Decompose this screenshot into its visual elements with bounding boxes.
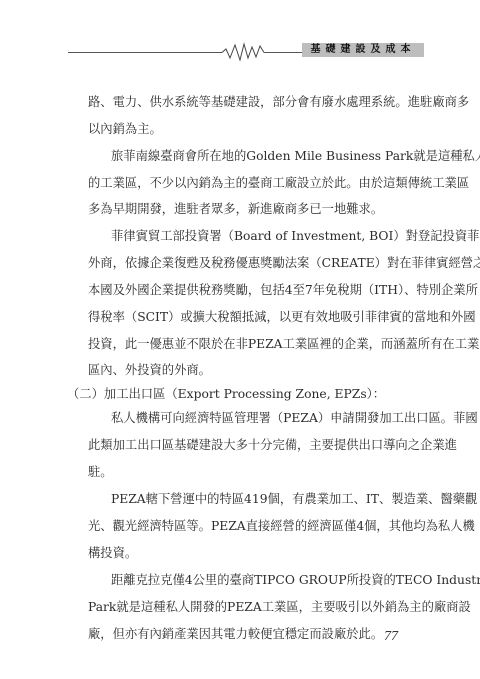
document-page: 基礎建設及成本 路、電力、供水系統等基礎建設，部分會有廢水處理系統。進駐廠商多 …: [0, 0, 480, 679]
text-line: Park就是這種私人開發的PEZA工業區，主要吸引以外銷為主的廠商設: [88, 599, 471, 615]
text-line: PEZA轄下營運中的特區419個，有農業加工、IT、製造業、醫藥觀: [111, 491, 477, 507]
text-line: 得稅率（SCIT）或擴大稅額抵減，以更有效地吸引菲律賓的當地和外國: [88, 309, 476, 325]
text-line: 以內銷為主。: [88, 121, 162, 137]
zigzag-rule-icon: [0, 0, 480, 70]
text-line: 此類加工出口區基礎建設大多十分完備，主要提供出口導向之企業進: [88, 437, 457, 453]
running-title: 基礎建設及成本: [302, 43, 424, 57]
text-line: 廠，但亦有內銷產業因其電力較便宜穩定而設廠於此。: [88, 626, 383, 642]
text-line: 光、觀光經濟特區等。PEZA直接經營的經濟區僅4個，其他均為私人機: [88, 518, 475, 534]
text-line: 的工業區，不少以內銷為主的臺商工廠設立於此。由於這類傳統工業區: [88, 175, 469, 191]
text-line: 距離克拉克僅4公里的臺商TIPCO GROUP所投資的TECO Industri…: [111, 572, 480, 588]
text-line: 本國及外國企業提供稅務獎勵，包括4至7年免稅期（ITH）、特別企業所: [88, 282, 478, 298]
text-line: 私人機構可向經濟特區管理署（PEZA）申請開發加工出口區。菲國: [111, 410, 478, 426]
text-line: 投資，此一優惠並不限於在非PEZA工業區裡的企業，而涵蓋所有在工業: [88, 336, 479, 352]
text-line: 駐。: [88, 464, 113, 480]
text-line: 外商，依據企業復甦及稅務優惠獎勵法案（CREATE）對在菲律賓經營之: [88, 255, 480, 271]
page-number: 77: [384, 629, 398, 645]
text-line: 旅菲南線臺商會所在地的Golden Mile Business Park就是這種…: [111, 148, 480, 164]
text-line: 構投資。: [88, 545, 137, 561]
text-line: 區內、外投資的外商。: [88, 362, 211, 378]
text-line: 多為早期開發，進駐者眾多，新進廠商多已一地難求。: [88, 201, 383, 217]
running-header: 基礎建設及成本: [0, 0, 480, 70]
section-heading: （二）加工出口區（Export Processing Zone, EPZs）：: [67, 386, 385, 402]
text-line: 菲律賓貿工部投資署（Board of Investment, BOI）對登記投資…: [111, 228, 480, 244]
text-line: 路、電力、供水系統等基礎建設，部分會有廢水處理系統。進駐廠商多: [88, 94, 469, 110]
